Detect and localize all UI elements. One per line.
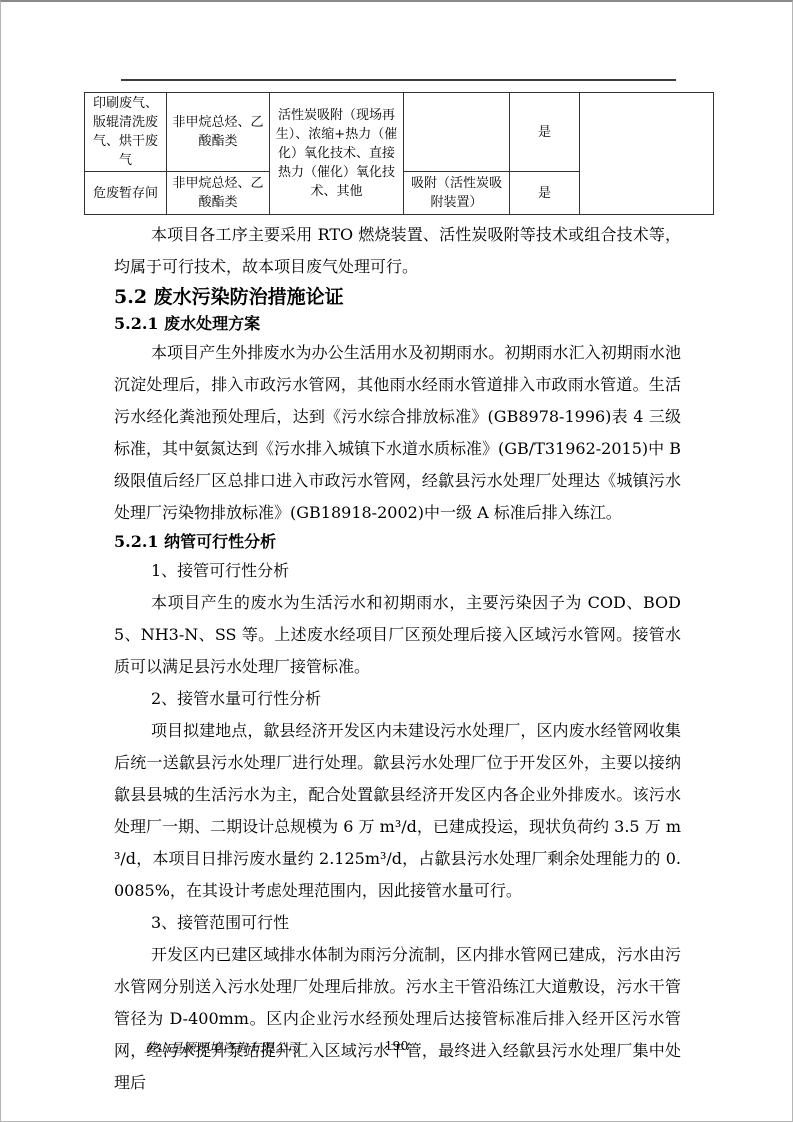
table-cell-feasible-2: 是: [510, 172, 580, 215]
body-text: 本项目各工序主要采用 RTO 燃烧装置、活性炭吸附等技术或组合技术等，均属于可行…: [114, 219, 681, 1099]
table-cell-measure-2: 吸附（活性炭吸附装置）: [404, 172, 510, 215]
table-cell-source-2: 危废暂存间: [85, 172, 167, 215]
table-cell-remark: [580, 93, 714, 215]
heading-5-2-wastewater-measures: 5.2 废水污染防治措施论证: [114, 283, 681, 311]
footer-page-number: 190: [385, 1038, 409, 1053]
paragraph-treatment-plan: 本项目产生外排废水为办公生活用水及初期雨水。初期雨水汇入初期雨水池沉淀处理后，排…: [114, 337, 681, 529]
header-rule: [121, 79, 676, 81]
table-cell-source-1: 印刷废气、版辊清洗废气、烘干废气: [85, 93, 167, 172]
table-cell-measure-1: [404, 93, 510, 172]
heading-5-2-1-treatment-plan: 5.2.1 废水处理方案: [114, 311, 681, 337]
heading-5-2-1-pipe-feasibility: 5.2.1 纳管可行性分析: [114, 529, 681, 555]
footer-company-name: 黄山星源环境咨询有限公司: [144, 1038, 300, 1056]
paragraph-gas-conclusion: 本项目各工序主要采用 RTO 燃烧装置、活性炭吸附等技术或组合技术等，均属于可行…: [114, 219, 681, 283]
waste-gas-technology-table: 印刷废气、版辊清洗废气、烘干废气 非甲烷总烃、乙酸酯类 活性炭吸附（现场再生）、…: [84, 92, 714, 215]
paragraph-item2-title: 2、接管水量可行性分析: [114, 683, 681, 715]
table-cell-pollutants-2: 非甲烷总烃、乙酸酯类: [167, 172, 270, 215]
paragraph-item3-title: 3、接管范围可行性: [114, 907, 681, 939]
paragraph-item1-body: 本项目产生的废水为生活污水和初期雨水，主要污染因子为 COD、BOD5、NH3-…: [114, 587, 681, 683]
table-row: 印刷废气、版辊清洗废气、烘干废气 非甲烷总烃、乙酸酯类 活性炭吸附（现场再生）、…: [85, 93, 714, 172]
table-cell-pollutants-1: 非甲烷总烃、乙酸酯类: [167, 93, 270, 172]
table-cell-feasible-1: 是: [510, 93, 580, 172]
page-footer: 黄山星源环境咨询有限公司 190: [114, 1038, 679, 1058]
paragraph-item3-body: 开发区内已建区域排水体制为雨污分流制，区内排水管网已建成，污水由污水管网分别送入…: [114, 939, 681, 1099]
paragraph-item1-title: 1、接管可行性分析: [114, 555, 681, 587]
document-page: 印刷废气、版辊清洗废气、烘干废气 非甲烷总烃、乙酸酯类 活性炭吸附（现场再生）、…: [0, 0, 793, 1122]
paragraph-item2-body: 项目拟建地点，歙县经济开发区内未建设污水处理厂，区内废水经管网收集后统一送歙县污…: [114, 715, 681, 907]
table-cell-feasible-technology: 活性炭吸附（现场再生）、浓缩+热力（催化）氧化技术、直接热力（催化）氧化技术、其…: [270, 93, 404, 215]
